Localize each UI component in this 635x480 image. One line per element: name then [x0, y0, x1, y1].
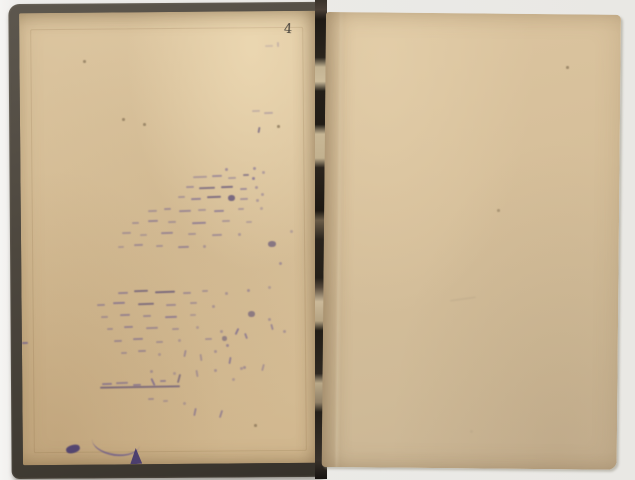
left-page [19, 11, 320, 466]
embossed-frame [30, 27, 307, 453]
right-page [322, 12, 621, 470]
scanned-book-spread: 4 [0, 0, 635, 480]
page-number: 4 [280, 21, 297, 40]
